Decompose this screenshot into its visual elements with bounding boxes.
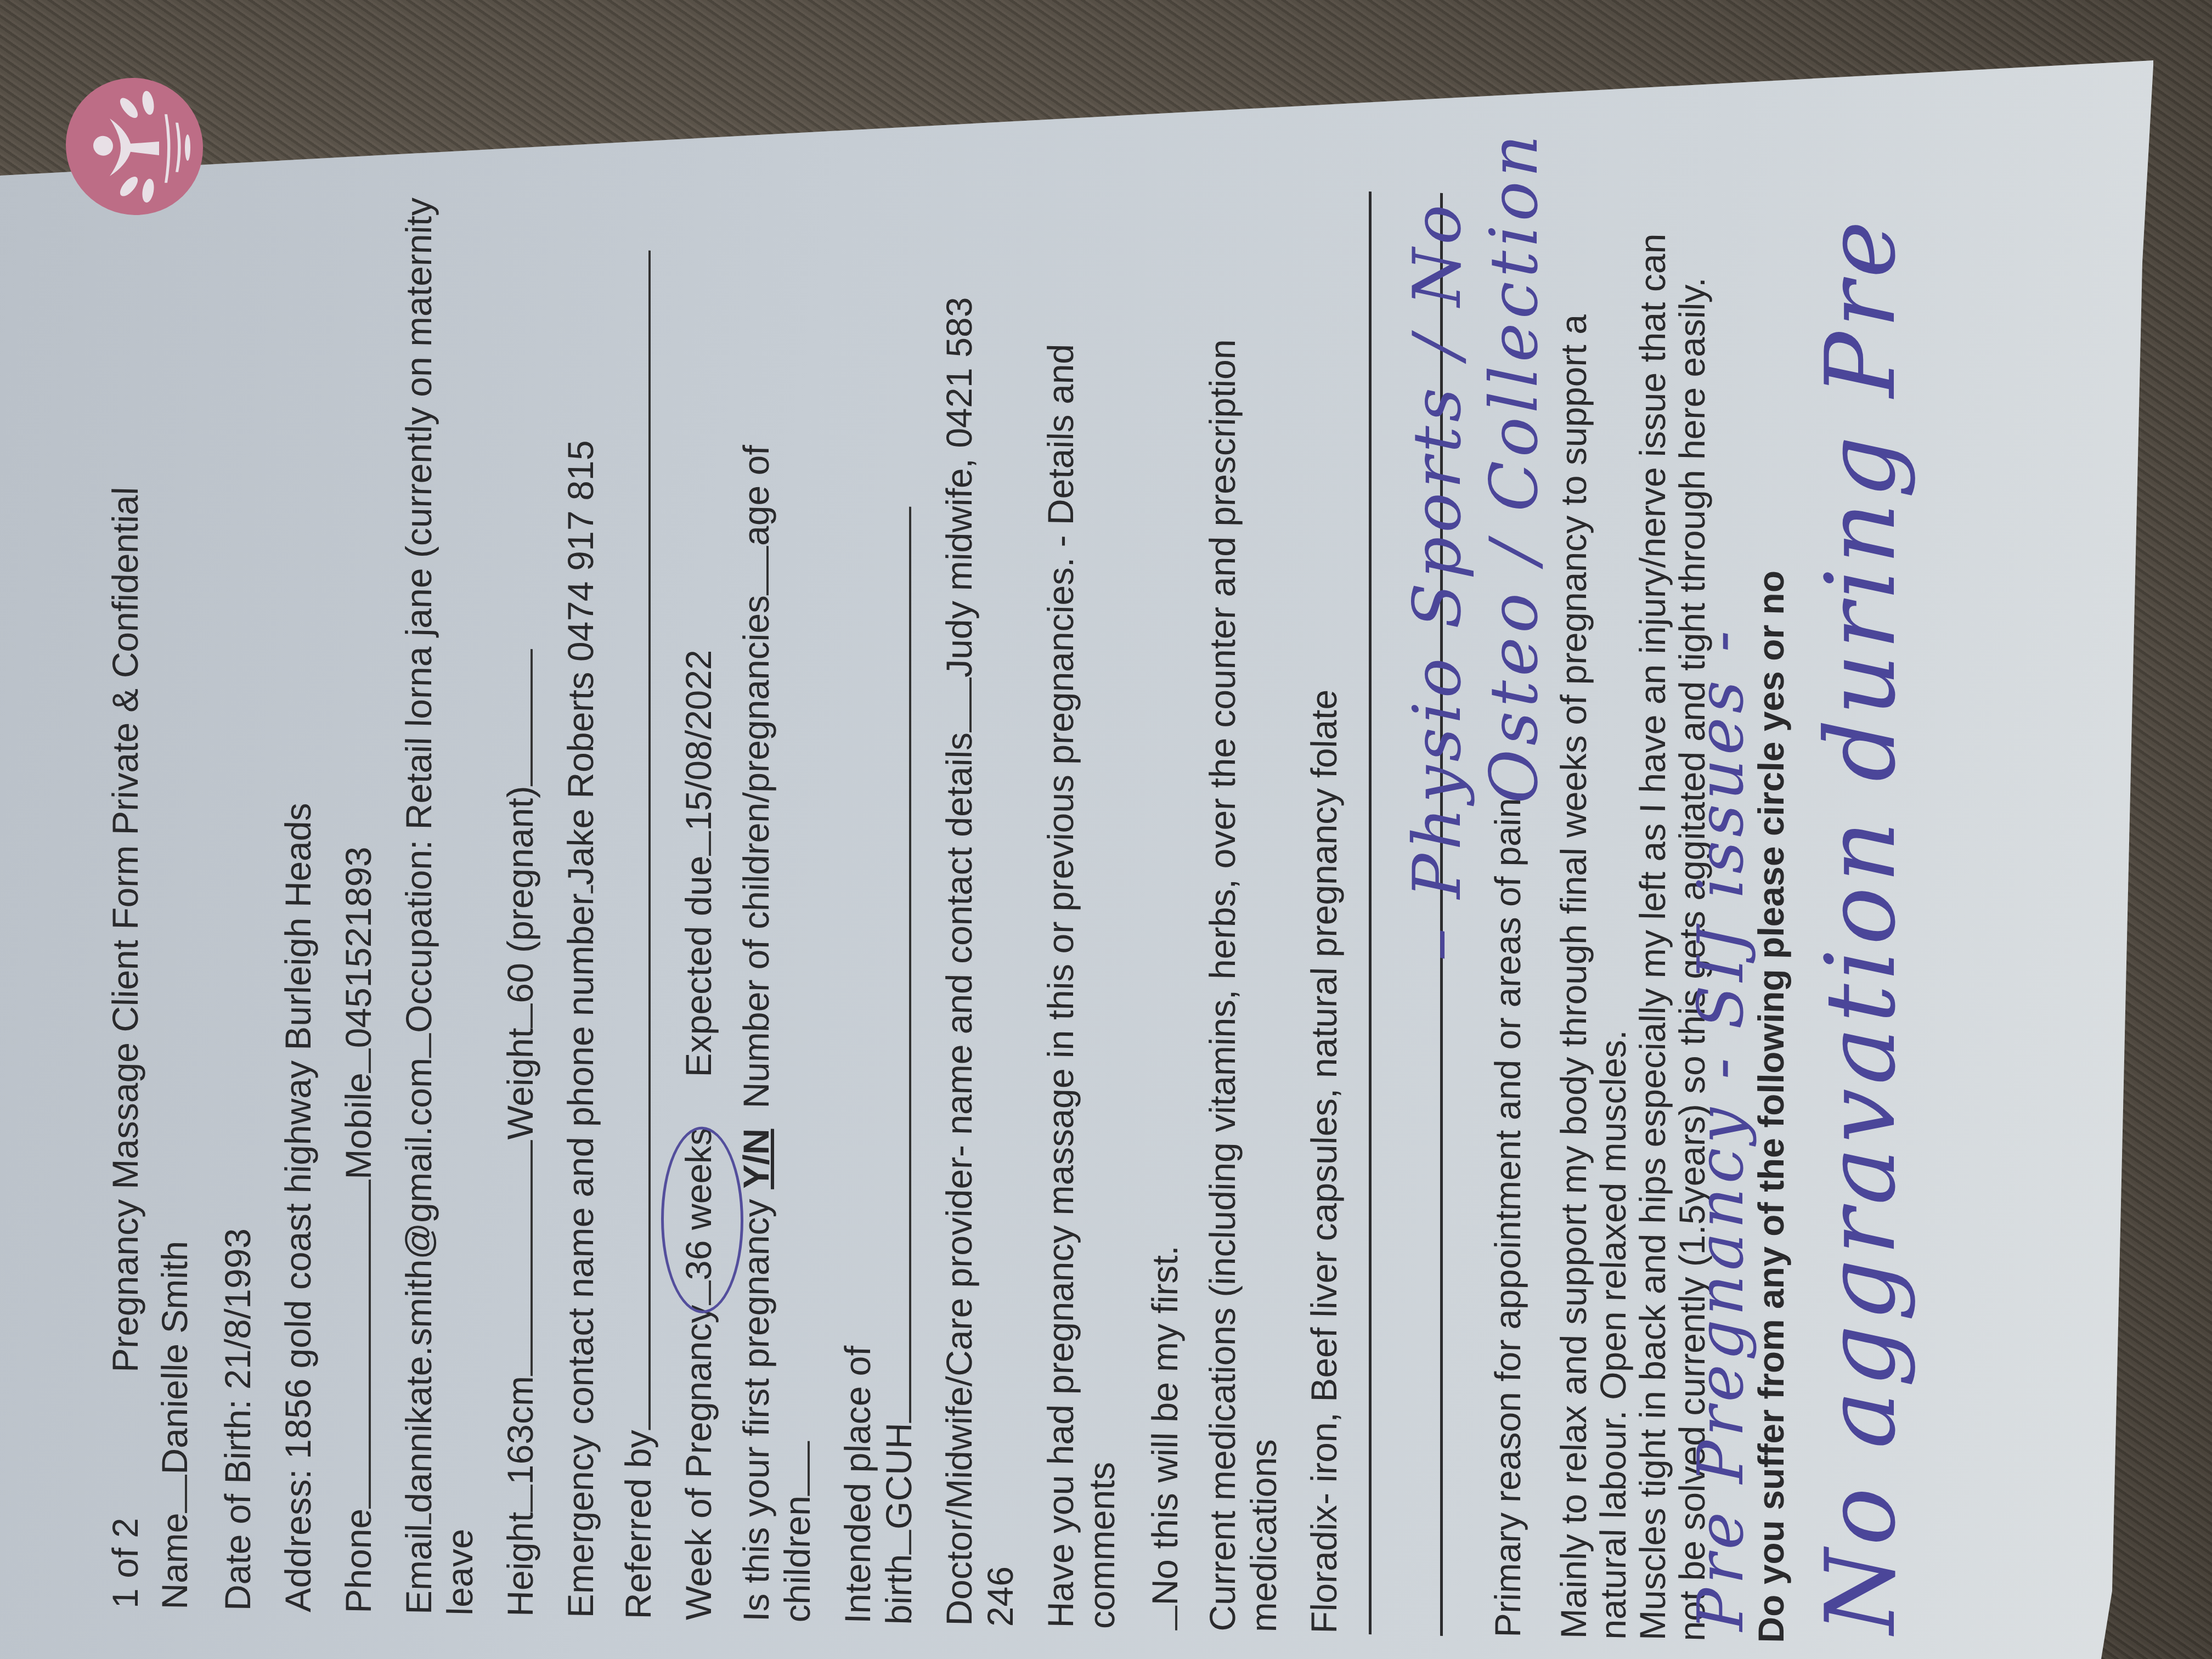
reason-question: Primary reason for appointment and or ar…	[1487, 798, 1530, 1638]
occupation-value: Retail lorna jane (currently on maternit…	[398, 198, 439, 830]
reason-answer-1-cont: natural labour. Open relaxed muscles.	[1592, 1029, 1635, 1640]
pen-circle-mark	[661, 1126, 743, 1314]
massage-history-question: Have you had pregnancy massage in this o…	[1040, 343, 1082, 1628]
birth-place-label-cont: birth	[878, 1554, 919, 1625]
handwriting-osteo: Osteo / Collection	[1476, 129, 1554, 804]
birth-place-field[interactable]: birthGCUH	[878, 506, 921, 1625]
height-label: Height	[500, 1511, 540, 1617]
handwriting-physio: – Physio Sports / No	[1399, 200, 1477, 962]
address-field[interactable]: Address: 1856 gold coast highway Burleig…	[277, 802, 320, 1612]
medications-answer-line	[1369, 191, 1372, 1634]
doctor-value-continued: 246	[979, 1566, 1022, 1627]
massage-history-answer-text: No this will be my first.	[1144, 1245, 1185, 1606]
mobile-label: Mobile	[338, 1072, 379, 1180]
doctor-field[interactable]: Doctor/Midwife/Care provider- name and c…	[938, 297, 981, 1627]
weight-label: Weight	[500, 1028, 540, 1141]
referred-by-field[interactable]: Referred by	[617, 250, 660, 1620]
first-pregnancy-field[interactable]: Is this your first pregnancy Y/N Number …	[735, 445, 778, 1622]
address-value: 1856 gold coast highway Burleigh Heads	[278, 803, 318, 1460]
reason-answer-1[interactable]: Mainly to relax and support my body thro…	[1553, 314, 1595, 1639]
medications-question: Current medications (including vitamins,…	[1201, 339, 1244, 1632]
doctor-label: Doctor/Midwife/Care provider- name and c…	[939, 732, 979, 1626]
emergency-value: Jake Roberts 0474 917 815	[560, 440, 601, 885]
due-label: Expected due	[678, 855, 719, 1077]
children-age-label-cont: children	[777, 1495, 817, 1623]
medications-answer[interactable]: Floradix- iron, Beef liver capsules, nat…	[1303, 689, 1346, 1634]
phone-label: Phone	[338, 1508, 379, 1613]
first-pregnancy-yn[interactable]: Y/N	[736, 1128, 776, 1189]
name-label: Name	[154, 1513, 195, 1610]
occupation-label: Occupation:	[398, 839, 439, 1034]
height-weight-field[interactable]: Height163cmWeight60 (pregnant)	[499, 648, 542, 1617]
first-pregnancy-label: Is this your first pregnancy	[736, 1199, 776, 1622]
dob-label: Date of Birth:	[217, 1399, 258, 1611]
form-title: Pregnancy Massage Client Form Private & …	[104, 487, 147, 1373]
dob-field[interactable]: Date of Birth: 21/8/1993	[217, 1228, 259, 1611]
massage-history-answer[interactable]: No this will be my first.	[1144, 1245, 1187, 1630]
children-age-field[interactable]: children	[776, 1440, 819, 1623]
handwriting-no-aggravation: No aggravation during Pre	[1805, 215, 1918, 1635]
emergency-label: Emergency contact name and phone number	[560, 893, 601, 1618]
address-label: Address:	[278, 1469, 318, 1612]
medications-question-cont: medications	[1243, 1438, 1285, 1633]
emergency-contact-field[interactable]: Emergency contact name and phone numberJ…	[560, 439, 602, 1618]
phone-field[interactable]: PhoneMobile0451521893	[337, 846, 380, 1613]
children-count-label: Number of children/pregnancies	[736, 595, 776, 1109]
email-occupation-field[interactable]: Emaildannikate.smith@gmail.comOccupation…	[398, 198, 441, 1615]
handwriting-pre-pregnancy: Pre Pregnancy - SIJ issues -	[1684, 625, 1759, 1632]
weight-value: 60 (pregnant)	[500, 786, 540, 1004]
email-label: Email	[398, 1523, 439, 1615]
massage-history-question-cont: comments	[1081, 1462, 1124, 1629]
page-indicator: 1 of 2	[104, 1517, 147, 1609]
height-value: 163cm	[500, 1375, 540, 1485]
reason-answer-2[interactable]: Muscles tight in back and hips especiall…	[1632, 233, 1674, 1641]
birth-place-value: GCUH	[878, 1423, 919, 1530]
mobile-value: 0451521893	[338, 846, 379, 1048]
dob-value: 21/8/1993	[217, 1228, 258, 1390]
due-value: 15/08/2022	[678, 649, 719, 831]
children-age-label: age of	[736, 445, 776, 546]
week-label: Week of Pregnancy	[678, 1305, 719, 1621]
client-form-page: 1 of 2 Pregnancy Massage Client Form Pri…	[82, 16, 2112, 1650]
name-field[interactable]: NameDanielle Smith	[154, 1240, 196, 1610]
tree-figure-logo-icon	[66, 76, 203, 216]
occupation-value-continued: leave	[439, 1528, 482, 1616]
name-value: Danielle Smith	[154, 1240, 195, 1475]
referred-label: Referred by	[618, 1430, 658, 1620]
doctor-value: Judy midwife, 0421 583	[939, 297, 979, 678]
email-value: dannikate.smith@gmail.com	[398, 1057, 439, 1514]
birth-place-label: Intended place of	[837, 1345, 879, 1624]
